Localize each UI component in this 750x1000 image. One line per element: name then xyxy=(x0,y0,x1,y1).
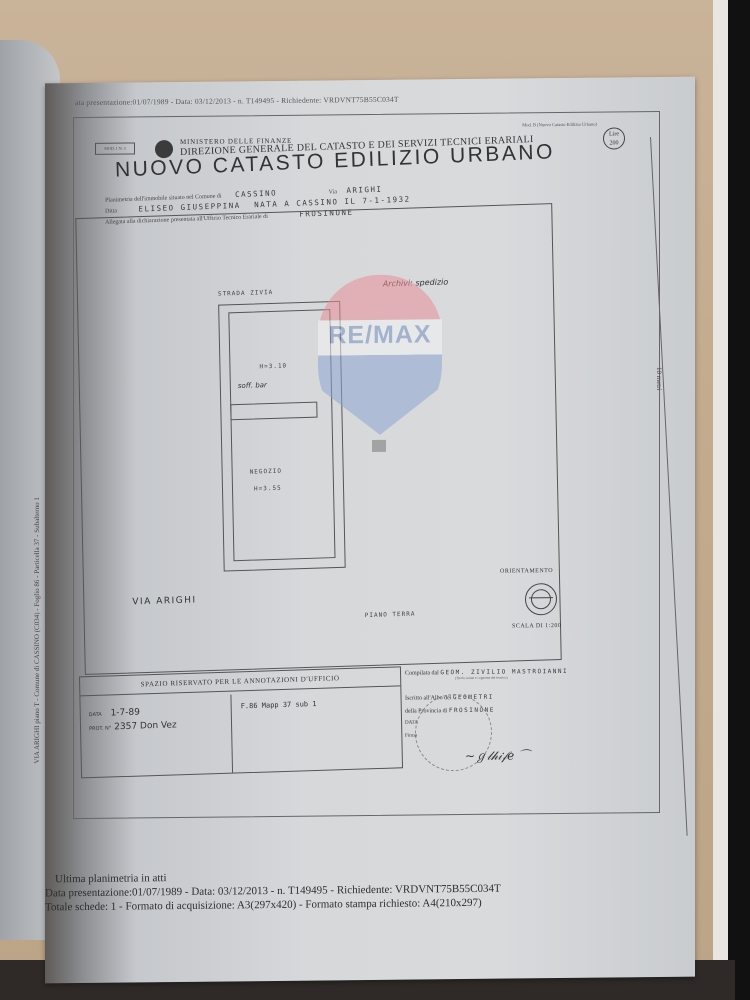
annot-data-label: DATA xyxy=(89,712,102,718)
street-bottom-label: VIA ARIGHI xyxy=(132,595,196,607)
scale-text: 10 metri xyxy=(655,367,663,391)
right-dark-edge xyxy=(728,0,750,1000)
balloon-basket-icon xyxy=(372,440,386,452)
room2-height: H=3.55 xyxy=(254,485,282,493)
lire-stamp: Lire 200 xyxy=(603,127,625,149)
room1-note: soff. bar xyxy=(238,381,267,390)
cadastral-sheet: ata presentazione:01/07/1989 - Data: 03/… xyxy=(45,77,695,984)
annot-prot: PROT. N° 2357 Don Vez xyxy=(89,720,177,733)
top-strip-text: ata presentazione:01/07/1989 - Data: 03/… xyxy=(75,95,399,107)
annot-prot-label: PROT. N° xyxy=(89,725,111,732)
annot-data-value: 1-7-89 xyxy=(110,708,140,719)
watermark-text: RE/MAX xyxy=(310,320,450,350)
annot-data: DATA 1-7-89 xyxy=(89,708,140,720)
right-paper-edge xyxy=(713,0,729,990)
mod-label: Mod. B (Nuovo Catasto Edilizio Urbano) xyxy=(522,122,597,128)
scale-label: SCALA DI 1:200 xyxy=(512,623,561,630)
lire-value: 200 xyxy=(604,139,624,148)
comune-value: CASSINO xyxy=(235,188,277,199)
ditta-label: Ditta xyxy=(105,208,117,214)
room2-name: NEGOZIO xyxy=(250,468,282,476)
room1-height: H=3.10 xyxy=(259,363,287,371)
annot-prot-value: 2357 Don Vez xyxy=(114,720,177,732)
via-value: ARIGHI xyxy=(346,185,382,195)
side-vertical-text: VIA ARIGHI piano T - Comune di CASSINO (… xyxy=(33,497,41,763)
annotations-box: SPAZIO RISERVATO PER LE ANNOTAZIONI D'UF… xyxy=(79,666,403,778)
remax-watermark: RE/MAX xyxy=(310,274,450,455)
compass-icon xyxy=(525,583,557,615)
official-stamp xyxy=(415,694,492,772)
orientation-block: ORIENTAMENTO SCALA DI 1:200 xyxy=(500,568,590,639)
floor-label: PIANO TERRA xyxy=(365,611,416,620)
orientation-label: ORIENTAMENTO xyxy=(500,568,590,575)
partition-wall xyxy=(230,402,317,421)
compilata-sub: (Titolo, nome e cognome del tecnico) xyxy=(455,675,605,681)
via-label: Via xyxy=(329,189,337,195)
small-stamp: MOD. 1 N. 3 xyxy=(95,142,135,154)
document-footer: Ultima planimetria in atti Data presenta… xyxy=(45,867,685,916)
annotations-left-cell: DATA 1-7-89 PROT. N° 2357 Don Vez xyxy=(80,695,233,778)
compass-inner-ring xyxy=(531,589,551,609)
street-top-label: STRADA ZIVIA xyxy=(218,289,273,298)
lire-label: Lire xyxy=(604,130,624,139)
compilata-label: Compilata dal xyxy=(405,670,439,676)
annot-right-note: F.86 Mapp 37 sub 1 xyxy=(241,700,317,710)
balloon-bottom xyxy=(318,354,442,435)
